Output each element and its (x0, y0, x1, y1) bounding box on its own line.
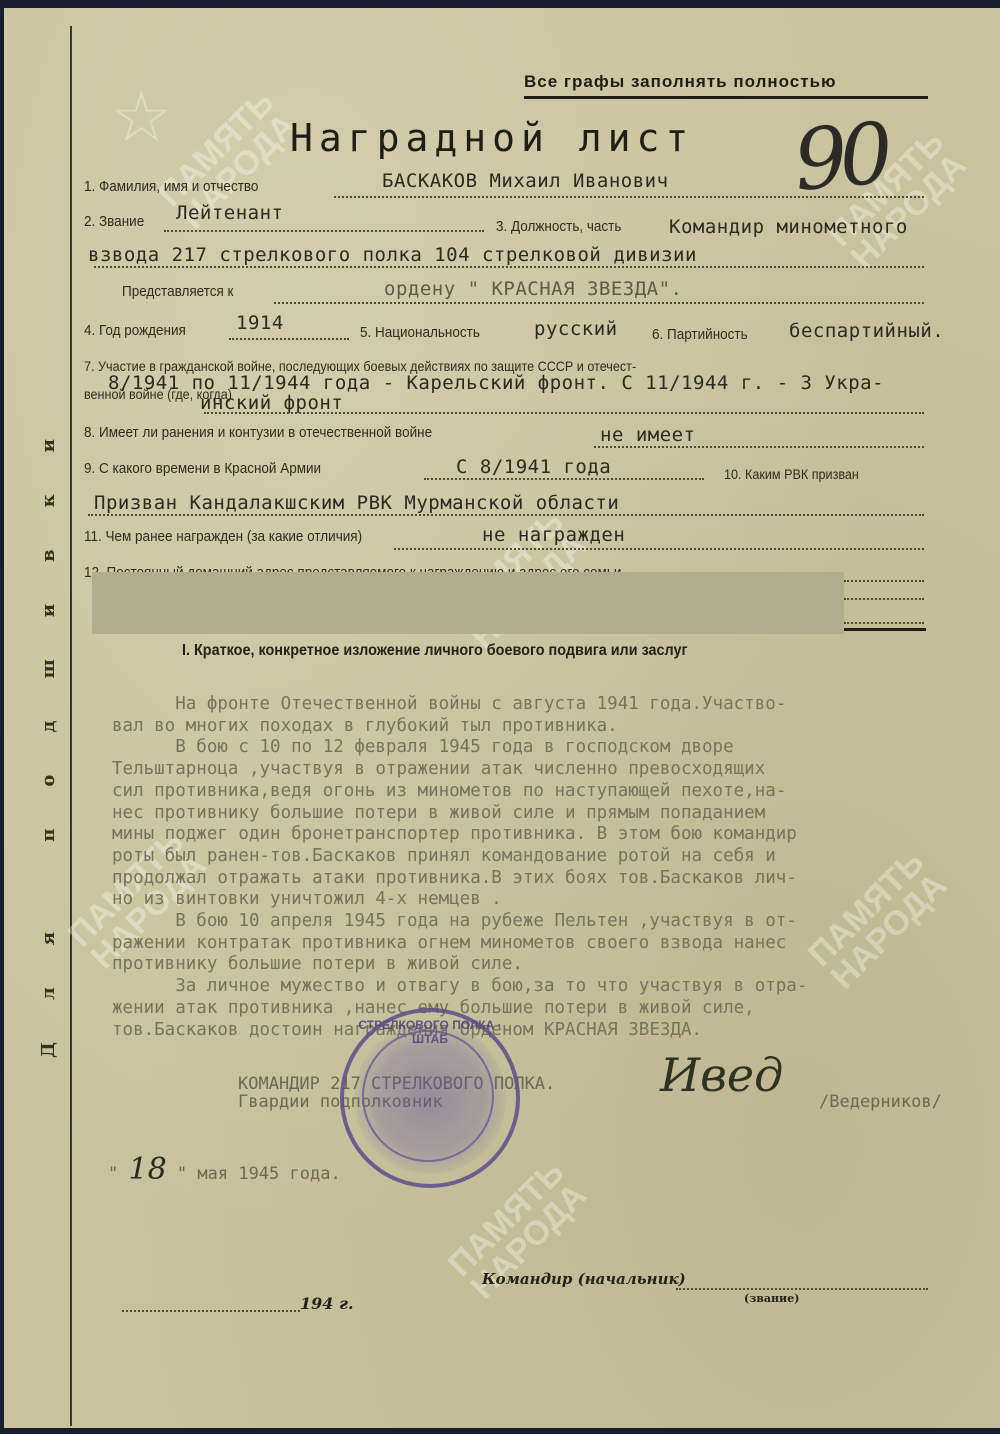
field-10-label: 10. Каким РВК призван (724, 466, 859, 482)
handwritten-mark: 90 (790, 104, 889, 210)
field-6-label: 6. Партийность (652, 326, 748, 343)
field-8-label: 8. Имеет ли ранения и контузии в отечест… (84, 424, 432, 441)
field-9-line (424, 478, 704, 480)
signoff-date: " 18 " мая 1945 года. (108, 1152, 341, 1187)
field-12-line (844, 580, 924, 582)
award-label: Представляется к (122, 283, 233, 300)
field-2-label: 2. Звание (84, 213, 144, 230)
field-3-line (94, 266, 924, 268)
signer-name: /Ведерников/ (819, 1092, 942, 1112)
footer-commander-line (676, 1288, 928, 1290)
award-value: ордену " КРАСНАЯ ЗВЕЗДА". (384, 278, 682, 300)
award-line (274, 302, 924, 304)
field-5-value: русский (534, 318, 618, 340)
stamp-emblem-icon (362, 1030, 494, 1162)
field-4-label: 4. Год рождения (84, 322, 186, 339)
field-3-label: 3. Должность, часть (496, 218, 621, 235)
footer-date-line (122, 1310, 300, 1312)
field-1-value: БАСКАКОВ Михаил Иванович (382, 170, 669, 192)
field-8-line (594, 446, 924, 448)
field-11-label: 11. Чем ранее награжден (за какие отличи… (84, 528, 362, 545)
field-1-line (334, 196, 924, 198)
date-day: 18 (128, 1152, 166, 1187)
star-watermark-icon: ☆ (110, 76, 173, 158)
watermark: ПАМЯТЬНАРОДА (803, 845, 952, 994)
header-rule (524, 96, 928, 99)
field-7-value-line2: инский фронт (200, 392, 343, 414)
spine-label: Для подшивки (38, 397, 59, 1058)
field-6-value: беспартийный. (789, 320, 944, 342)
signature: Ивед (660, 1048, 783, 1102)
field-9-label: 9. С какого времени в Красной Армии (84, 460, 321, 477)
field-4-value: 1914 (236, 312, 284, 334)
footer-year: 194 г. (300, 1294, 354, 1313)
field-7-line (204, 412, 924, 414)
footer-commander-label: Командир (начальник) (482, 1270, 686, 1288)
header-instruction: Все графы заполнять полностью (524, 72, 837, 92)
field-12-line (844, 622, 924, 624)
field-4-line (229, 338, 349, 340)
page-title: Наградной лист (290, 116, 694, 160)
field-8-value: не имеет (600, 424, 696, 446)
binding-margin-line (70, 26, 72, 1426)
field-2-line (164, 230, 484, 232)
field-12-line (844, 598, 924, 600)
field-3-value-line1: Командир минометного (669, 216, 908, 238)
field-3-value-line2: взвода 217 стрелкового полка 104 стрелко… (88, 244, 697, 266)
section-heading: I. Краткое, конкретное изложение личного… (182, 642, 688, 660)
field-5-label: 5. Национальность (360, 324, 480, 341)
section-rule (844, 628, 926, 631)
regiment-stamp: СТРЕЛКОВОГО ПОЛКА · ШТАБ (340, 1008, 520, 1188)
field-2-value: Лейтенант (176, 202, 283, 224)
field-11-value: не награжден (482, 524, 625, 546)
field-11-line (394, 548, 924, 550)
footer-rank-label: (звание) (744, 1292, 799, 1305)
field-10-line (88, 514, 924, 516)
field-1-label: 1. Фамилия, имя и отчество (84, 178, 258, 195)
field-10-value: Призван Кандалакшским РВК Мурманской обл… (94, 492, 619, 514)
redacted-address (92, 572, 844, 634)
award-sheet-page: Для подшивки ☆ ПАМЯТЬНАРОДА ПАМЯТЬНАРОДА… (4, 8, 1000, 1428)
field-9-value: С 8/1941 года (456, 456, 611, 478)
narrative-text: На фронте Отечественной войны с августа … (112, 694, 807, 1041)
